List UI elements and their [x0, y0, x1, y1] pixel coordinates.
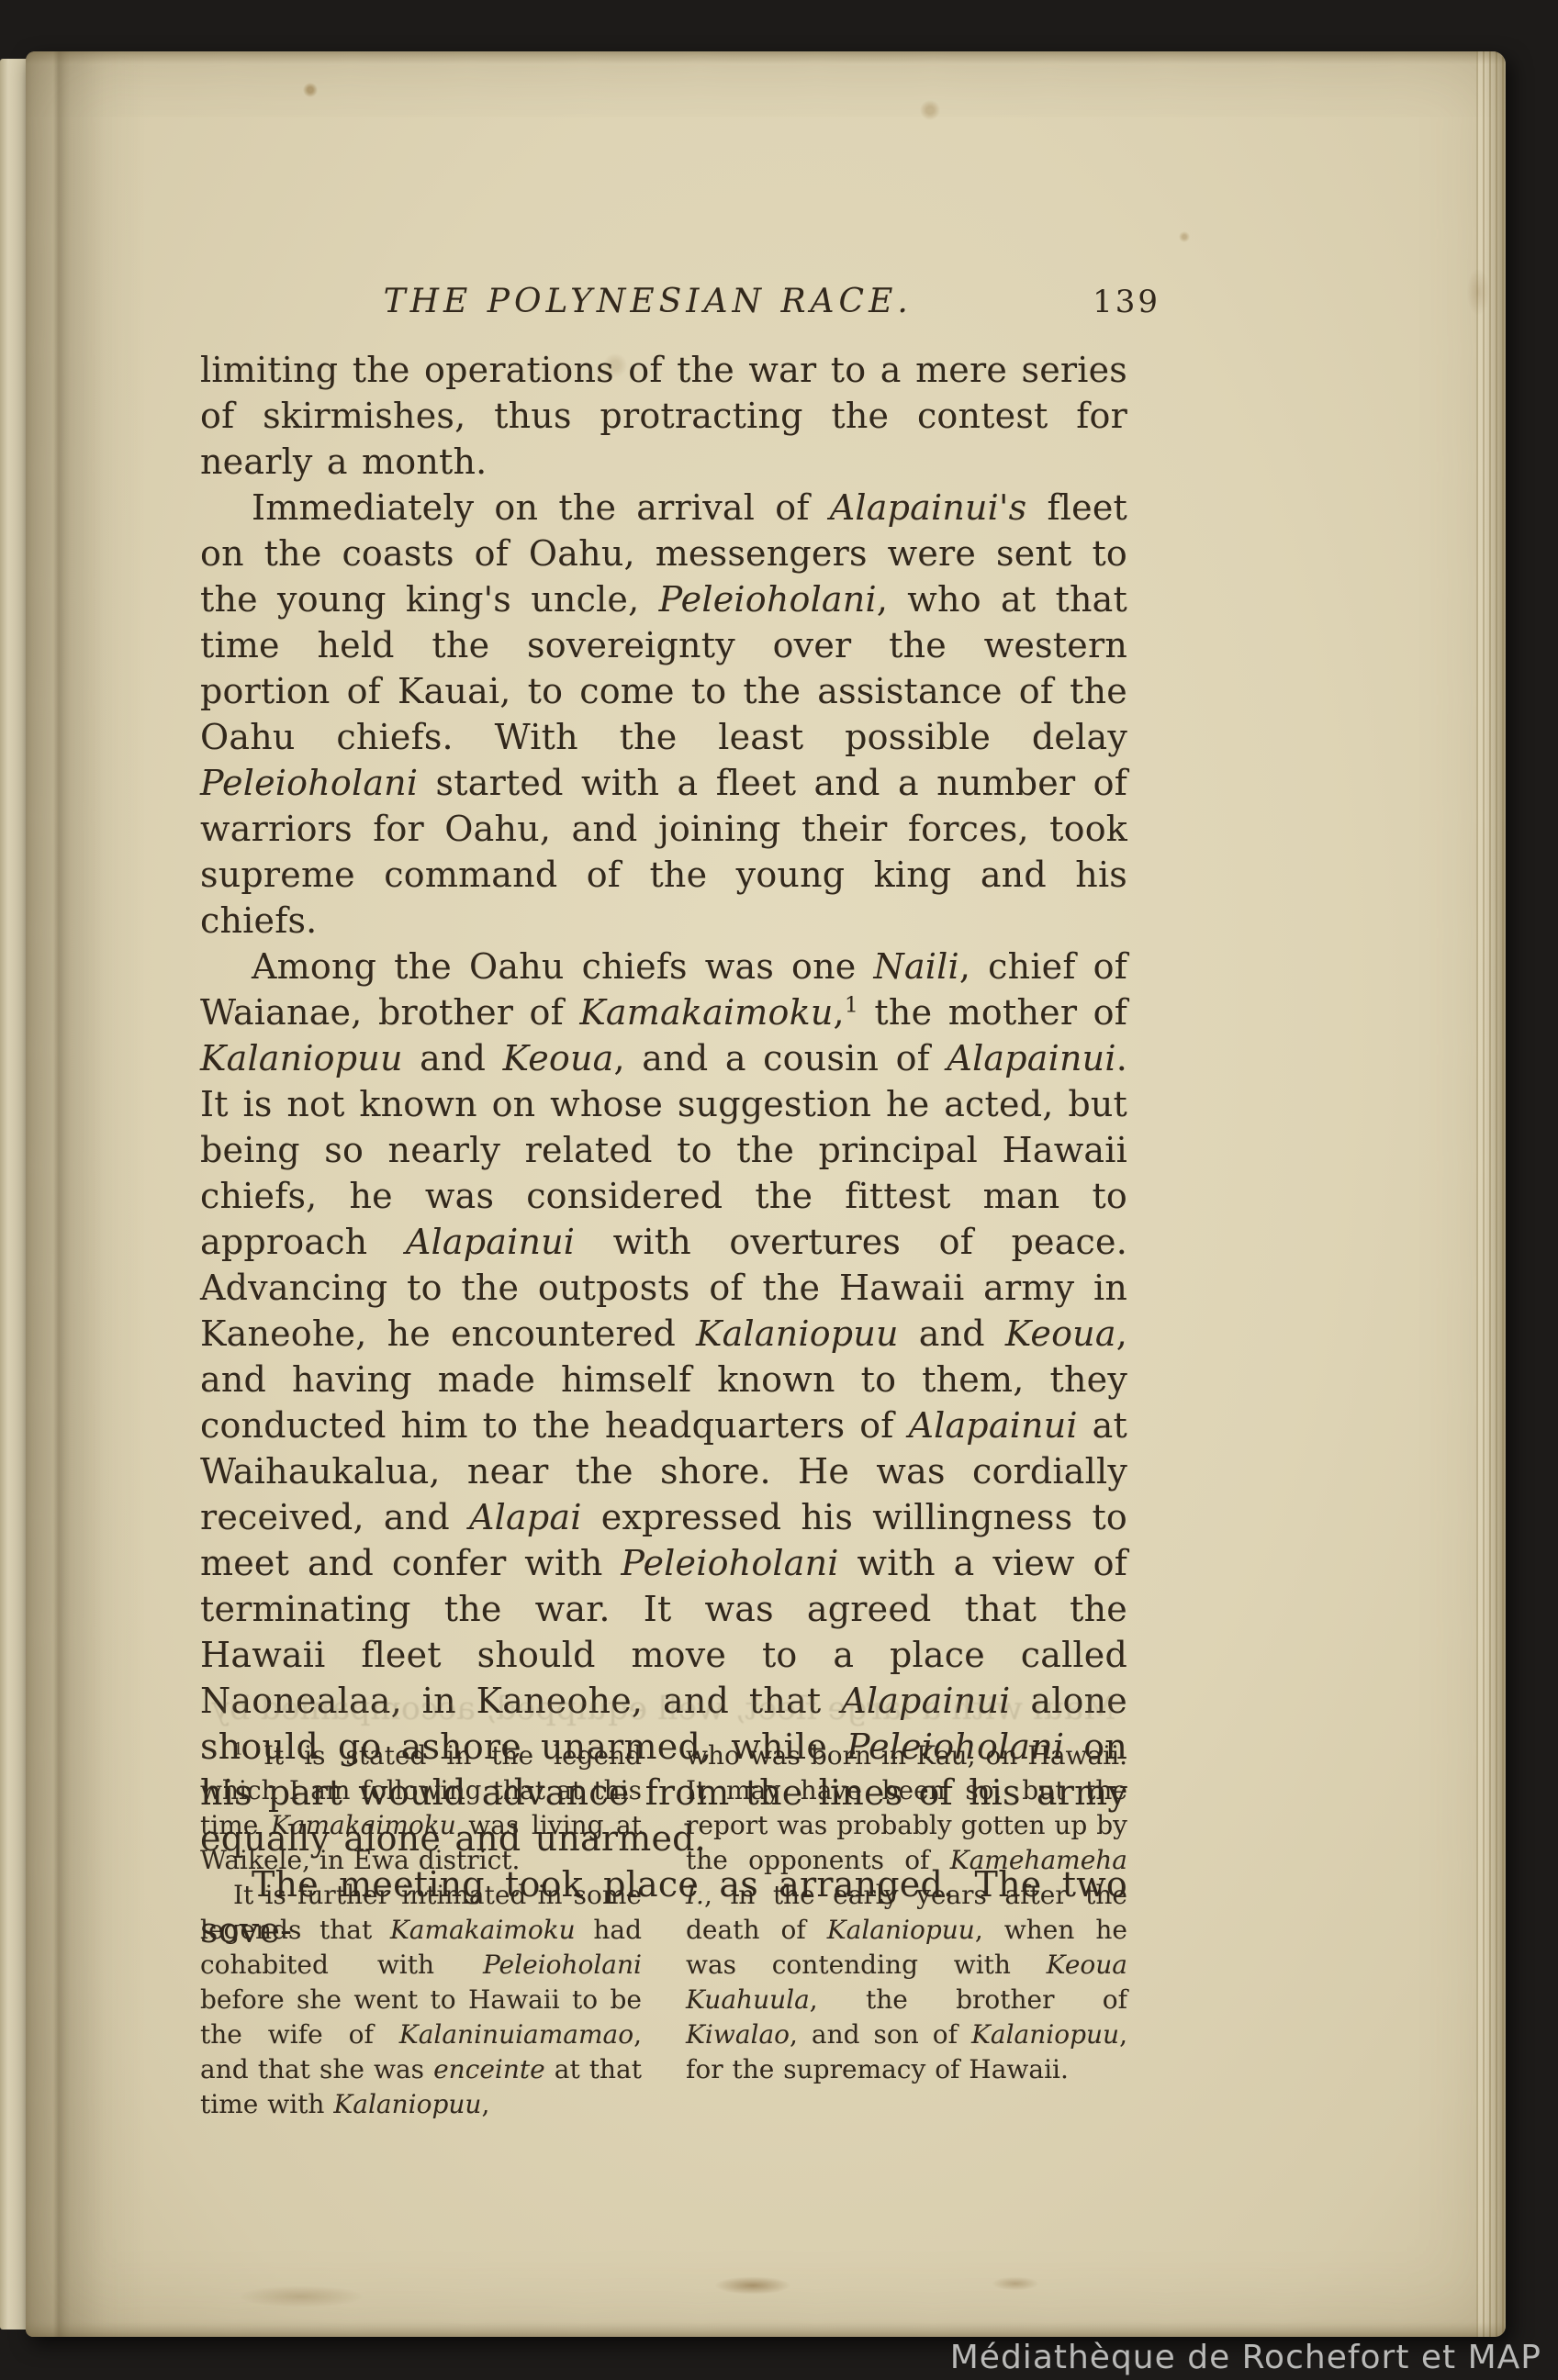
watermark: Médiathèque de Rochefort et MAP [950, 2338, 1541, 2378]
book-page: THE POLYNESIAN RACE. 139 limiting the op… [26, 51, 1506, 2337]
book-scan: THE POLYNESIAN RACE. 139 limiting the op… [0, 0, 1558, 2380]
footnote-column-left: 1 It is stated in the legend which I am … [200, 1738, 642, 2122]
footnote-paragraph: 1 It is stated in the legend which I am … [200, 1738, 642, 1878]
show-through-text: Maui with a large fleet, well equipped, … [200, 1691, 1127, 1727]
footnote-paragraph: It is further intimated in some legends … [200, 1878, 642, 2122]
paragraph: Immediately on the arrival of Alapainui'… [200, 485, 1127, 944]
page-edge-top [26, 51, 1506, 64]
footnotes: 1 It is stated in the legend which I am … [200, 1738, 1127, 2122]
paragraph-continuation: limiting the operations of the war to a … [200, 347, 1127, 485]
footnote-paragraph: who was born in Kau, on Hawaii. It may h… [686, 1738, 1127, 2087]
page-edge-right [1476, 51, 1506, 2337]
page-edge-bottom [26, 2322, 1506, 2337]
gutter-shadow [26, 51, 145, 2337]
running-head: THE POLYNESIAN RACE. 139 [200, 277, 1127, 327]
running-header-title: THE POLYNESIAN RACE. [384, 277, 913, 327]
footnote-column-right: who was born in Kau, on Hawaii. It may h… [686, 1738, 1127, 2122]
page-number: 139 [1093, 277, 1160, 327]
